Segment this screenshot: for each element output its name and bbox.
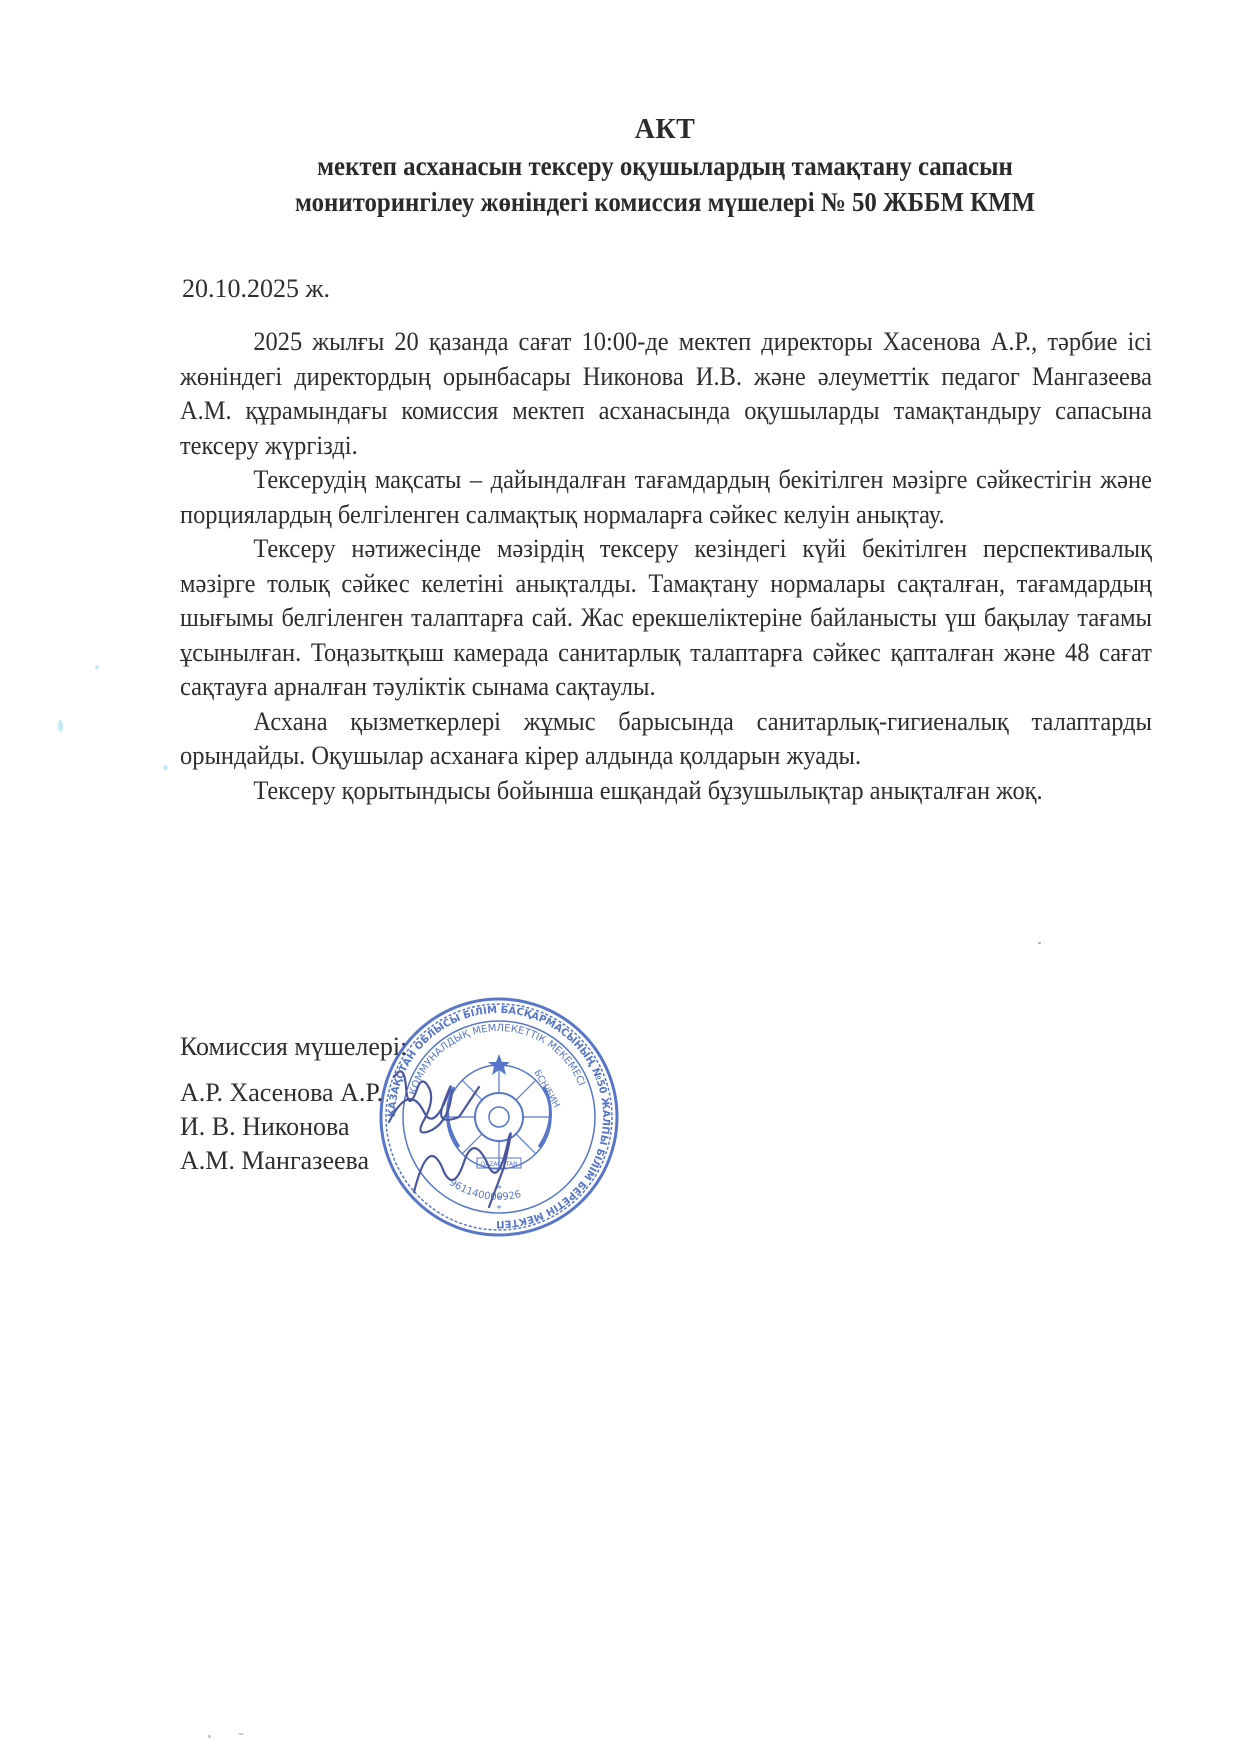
paragraph-inspection-results: Тексеру нәтижесінде мәзірдің тексеру кез… — [180, 532, 1152, 705]
document-body: 2025 жылғы 20 қазанда сағат 10:00-де мек… — [180, 325, 1152, 808]
document-date: 20.10.2025 ж. — [182, 272, 330, 306]
scan-artifact — [1038, 942, 1041, 944]
document-subtitle-line-2: мониторингілеу жөніндегі комиссия мүшеле… — [219, 184, 1111, 220]
scan-artifact — [208, 1735, 211, 1738]
paragraph-staff-hygiene: Асхана қызметкерлері жұмыс барысында сан… — [180, 705, 1152, 774]
paragraph-conclusion: Тексеру қорытындысы бойынша ешқандай бұз… — [180, 774, 1152, 809]
svg-text:*: * — [497, 1204, 502, 1215]
official-stamp-icon: ҚАЗАҚСТАН ОБЛЫСЫ БІЛІМ БАСҚАРМАСЫНЫҢ №50… — [374, 992, 624, 1242]
document-page: АКТ мектеп асханасын тексеру оқушылардың… — [0, 0, 1240, 1753]
svg-text:961140000926: 961140000926 — [447, 1177, 522, 1203]
scan-artifact — [58, 720, 63, 732]
document-heading: АКТ мектеп асханасын тексеру оқушылардың… — [180, 112, 1150, 220]
stamp-bin-number: 961140000926 — [447, 1177, 522, 1203]
document-title: АКТ — [180, 112, 1150, 148]
scan-artifact — [163, 765, 168, 770]
paragraph-inspection-intro: 2025 жылғы 20 қазанда сағат 10:00-де мек… — [180, 325, 1152, 463]
scan-artifact — [238, 1733, 244, 1735]
scan-artifact — [95, 665, 99, 669]
paragraph-inspection-purpose: Тексерудің мақсаты – дайындалған тағамда… — [180, 463, 1152, 532]
document-subtitle-line-1: мектеп асханасын тексеру оқушылардың там… — [219, 148, 1111, 184]
